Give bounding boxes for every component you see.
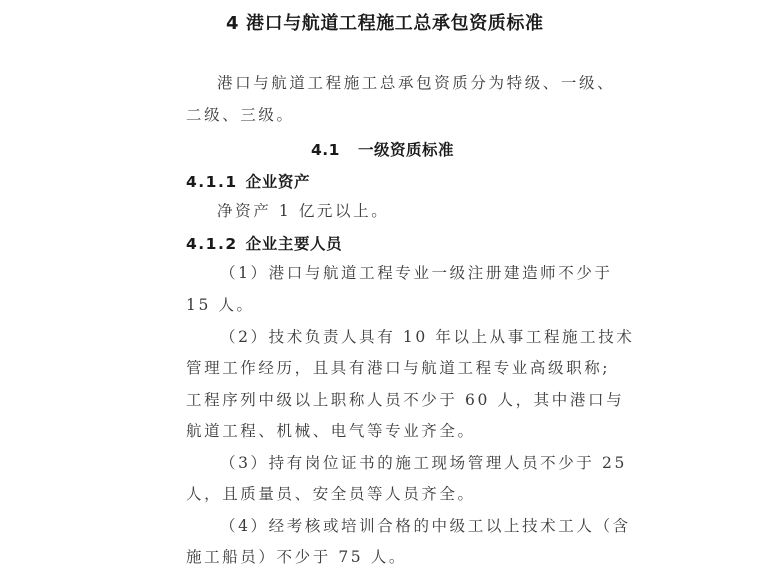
intro-line-2: 二级、三级。	[186, 105, 295, 125]
item-2-line-1: （2）技术负责人具有 10 年以上从事工程施工技术	[220, 327, 634, 347]
section-title: 企业主要人员	[246, 235, 343, 253]
assets-body: 净资产 1 亿元以上。	[217, 201, 389, 221]
section-title: 一级资质标准	[358, 141, 454, 159]
item-3-line-1: （3）持有岗位证书的施工现场管理人员不少于 25	[220, 453, 627, 473]
section-number: 4.1.1	[186, 173, 238, 191]
item-3-line-2: 人，且质量员、安全员等人员齐全。	[186, 484, 476, 504]
item-4-line-2: 施工船员）不少于 75 人。	[186, 547, 407, 567]
section-4-1-heading: 4.1一级资质标准	[311, 138, 454, 160]
item-2-line-4: 航道工程、机械、电气等专业齐全。	[186, 421, 476, 441]
intro-line-1: 港口与航道工程施工总承包资质分为特级、一级、	[217, 73, 615, 93]
item-2-line-3: 工程序列中级以上职称人员不少于 60 人，其中港口与	[186, 390, 624, 410]
section-4-1-2-heading: 4.1.2企业主要人员	[186, 232, 342, 254]
item-1-line-1: （1）港口与航道工程专业一级注册建造师不少于	[220, 263, 613, 283]
document-title: 4 港口与航道工程施工总承包资质标准	[226, 9, 544, 35]
section-number: 4.1.2	[186, 235, 238, 253]
item-4-line-1: （4）经考核或培训合格的中级工以上技术工人（含	[220, 516, 631, 536]
section-number: 4.1	[311, 141, 340, 159]
item-2-line-2: 管理工作经历，且具有港口与航道工程专业高级职称;	[186, 358, 610, 378]
section-title: 企业资产	[246, 173, 310, 191]
section-4-1-1-heading: 4.1.1企业资产	[186, 170, 310, 192]
item-1-line-2: 15 人。	[186, 295, 255, 315]
